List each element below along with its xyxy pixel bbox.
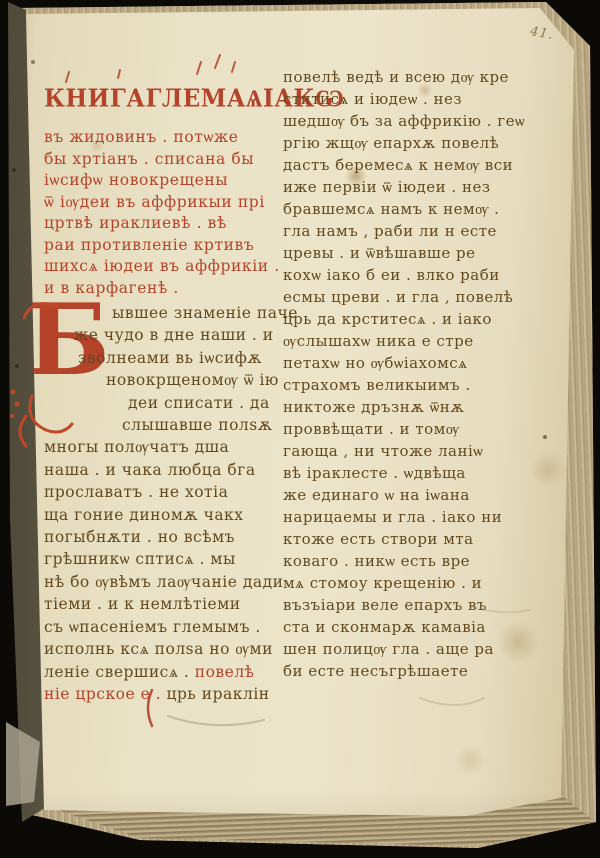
text-segment: гающа , ни чтоже ланіѡ xyxy=(283,442,483,460)
text-segment: мѧ стомоу крещенію . и xyxy=(283,574,482,592)
text-segment: новокрщеномѹ ѿ ію xyxy=(106,371,279,389)
text-segment: гла намъ , раби ли н есте xyxy=(283,222,497,240)
text-segment: ргію жщѹ епархѫ повелѣ xyxy=(283,134,499,152)
manuscript-text-line: прославатъ . не хотіа xyxy=(44,481,286,503)
text-segment: ща гоние диномѫ чакх xyxy=(44,506,244,524)
text-segment: повелѣ ведѣ и всею дѹ кре xyxy=(283,68,509,86)
manuscript-text-line: нарицаемы и гла . іако ни xyxy=(283,506,515,528)
text-segment: съ ѡпасеніемъ глемымъ . xyxy=(44,618,261,636)
text-segment: ктоже есть створи мта xyxy=(283,530,474,548)
manuscript-text-line: цревы . и ѿвѣшавше ре xyxy=(283,242,515,264)
text-segment: ститисѧ и іюдеѡ . нез xyxy=(283,90,462,108)
manuscript-text-line: иже первіи ѿ іюдеи . нез xyxy=(283,176,515,198)
manuscript-text-line: деи списати . да xyxy=(44,392,286,414)
text-segment: же единаго ѡ на іѡана xyxy=(283,486,470,504)
manuscript-text-line: погыбнѫти . но всѣмъ xyxy=(44,526,286,548)
manuscript-photo: 41. КНИГАГЛЕМАѦІАКѠ въ жидовинъ . потѡже… xyxy=(0,0,600,858)
text-segment: дастъ беремесѧ к немѹ вси xyxy=(283,156,513,174)
manuscript-text-line: коваго . никѡ есть вре xyxy=(283,550,515,572)
manuscript-text-line: ктоже есть створи мта xyxy=(283,528,515,550)
manuscript-text-line: възъіари веле епархъ въ xyxy=(283,594,515,616)
manuscript-page: 41. КНИГАГЛЕМАѦІАКѠ въ жидовинъ . потѡже… xyxy=(0,0,600,858)
manuscript-text-line: новокрщеномѹ ѿ ію xyxy=(44,369,286,391)
text-segment: црь ираклін xyxy=(167,685,270,703)
manuscript-text-line: мѧ стомоу крещенію . и xyxy=(283,572,515,594)
text-segment: нѣ бо ѹвѣмъ лаѹчаніе дади xyxy=(44,573,284,591)
rubric-line: цртвѣ ираклиевѣ . вѣ xyxy=(44,213,282,235)
text-segment: проввѣщати . и томѹ xyxy=(283,420,460,438)
rubric-line: раи противленіе кртивъ xyxy=(44,235,282,257)
manuscript-text-line: би есте несъгрѣшаете xyxy=(283,660,515,682)
manuscript-text-line: вѣ іраклесте . ѡдвѣща xyxy=(283,462,515,484)
text-segment: ѹслышахѡ ника е стре xyxy=(283,332,474,350)
text-segment: повелѣ xyxy=(195,663,255,681)
text-segment: бы хртіанъ . списана бы xyxy=(44,150,254,168)
manuscript-text-line: дастъ беремесѧ к немѹ вси xyxy=(283,154,515,176)
text-segment: зволнеами вь іѡсифѫ xyxy=(78,349,262,367)
folio-number: 41. xyxy=(529,24,555,43)
manuscript-text-line: кохѡ іако б еи . влко раби xyxy=(283,264,515,286)
manuscript-text-line: же единаго ѡ на іѡана xyxy=(283,484,515,506)
text-segment: есмы цреви . и гла , повелѣ xyxy=(283,288,513,306)
manuscript-text-line: леніе свершисѧ . повелѣ xyxy=(44,661,286,683)
right-text-column: повелѣ ведѣ и всею дѹ креститисѧ и іюдеѡ… xyxy=(283,66,515,682)
manuscript-text-line: страхомъ великыимъ . xyxy=(283,374,515,396)
manuscript-text-line: слышавше полѕѫ xyxy=(44,414,286,436)
text-segment: многы полѹчатъ дша xyxy=(44,438,229,456)
left-text-column: ывшее знаменіе пачеже чудо в дне наши . … xyxy=(44,302,286,705)
text-segment: въ жидовинъ . потѡже xyxy=(44,128,239,146)
text-segment: раи противленіе кртивъ xyxy=(44,236,254,254)
manuscript-text-line: проввѣщати . и томѹ xyxy=(283,418,515,440)
manuscript-text-line: повелѣ ведѣ и всею дѹ кре xyxy=(283,66,515,88)
chapter-title-rubric: КНИГАГЛЕМАѦІАКѠ xyxy=(44,84,284,113)
text-segment: вѣ іраклесте . ѡдвѣща xyxy=(283,464,466,482)
manuscript-text-line: ѹслышахѡ ника е стре xyxy=(283,330,515,352)
manuscript-text-line: съ ѡпасеніемъ глемымъ . xyxy=(44,616,286,638)
text-segment: ѿ іѹдеи въ аффрикыи прі xyxy=(44,193,265,211)
text-segment: шен полицѹ гла . аще ра xyxy=(283,640,494,658)
text-segment: прославатъ . не хотіа xyxy=(44,483,228,501)
manuscript-text-line: петахѡ но ѹбѡіахомсѧ xyxy=(283,352,515,374)
text-segment: іѡсифѡ новокрещены xyxy=(44,171,228,189)
manuscript-text-line: ща гоние диномѫ чакх xyxy=(44,504,286,526)
text-segment: шихсѧ іюдеи въ аффрикіи . xyxy=(44,257,280,275)
manuscript-text-line: ргію жщѹ епархѫ повелѣ xyxy=(283,132,515,154)
manuscript-text-line: никтоже дръзнѫ ѿнѫ xyxy=(283,396,515,418)
text-segment: ніе црское е . xyxy=(44,685,167,703)
text-segment: иже первіи ѿ іюдеи . нез xyxy=(283,178,491,196)
text-segment: коваго . никѡ есть вре xyxy=(283,552,470,570)
manuscript-text-line: шедшѹ бъ за аффрикію . геѡ xyxy=(283,110,515,132)
text-segment: страхомъ великыимъ . xyxy=(283,376,471,394)
manuscript-text-line: же чудо в дне наши . и xyxy=(44,324,286,346)
text-segment: никтоже дръзнѫ ѿнѫ xyxy=(283,398,465,416)
text-segment: леніе свершисѧ . xyxy=(44,663,195,681)
manuscript-text-line: наша . и чака любца бга xyxy=(44,459,286,481)
text-segment: нарицаемы и гла . іако ни xyxy=(283,508,502,526)
text-segment: грѣшникѡ сптисѧ . мы xyxy=(44,550,236,568)
manuscript-text-line: ывшее знаменіе паче xyxy=(44,302,286,324)
text-segment: възъіари веле епархъ въ xyxy=(283,596,487,614)
text-segment: би есте несъгрѣшаете xyxy=(283,662,468,680)
manuscript-text-line: ста и сконмарѫ камавіа xyxy=(283,616,515,638)
manuscript-text-line: есмы цреви . и гла , повелѣ xyxy=(283,286,515,308)
manuscript-text-line: гла намъ , раби ли н есте xyxy=(283,220,515,242)
rubric-line: бы хртіанъ . списана бы xyxy=(44,149,282,171)
text-segment: ста и сконмарѫ камавіа xyxy=(283,618,486,636)
text-segment: шедшѹ бъ за аффрикію . геѡ xyxy=(283,112,525,130)
rubric-block: въ жидовинъ . потѡжебы хртіанъ . списана… xyxy=(44,127,282,299)
manuscript-text-line: зволнеами вь іѡсифѫ xyxy=(44,347,286,369)
manuscript-text-line: гающа , ни чтоже ланіѡ xyxy=(283,440,515,462)
text-segment: бравшемсѧ намъ к немѹ . xyxy=(283,200,499,218)
rubric-line: въ жидовинъ . потѡже xyxy=(44,127,282,149)
manuscript-text-line: ніе црское е . црь ираклін xyxy=(44,683,286,705)
manuscript-text-line: бравшемсѧ намъ к немѹ . xyxy=(283,198,515,220)
rubric-line: іѡсифѡ новокрещены xyxy=(44,170,282,192)
text-segment: наша . и чака любца бга xyxy=(44,461,256,479)
rubric-line: ѿ іѹдеи въ аффрикыи прі xyxy=(44,192,282,214)
manuscript-text-line: исполнь ксѧ полѕа но ѹми xyxy=(44,638,286,660)
text-segment: исполнь ксѧ полѕа но ѹми xyxy=(44,640,273,658)
rubric-line: шихсѧ іюдеи въ аффрикіи . xyxy=(44,256,282,278)
manuscript-text-line: црь да крститесѧ . и іако xyxy=(283,308,515,330)
text-segment: црь да крститесѧ . и іако xyxy=(283,310,492,328)
manuscript-text-line: шен полицѹ гла . аще ра xyxy=(283,638,515,660)
text-segment: слышавше полѕѫ xyxy=(122,416,272,434)
manuscript-text-line: многы полѹчатъ дша xyxy=(44,436,286,458)
manuscript-text-line: нѣ бо ѹвѣмъ лаѹчаніе дади xyxy=(44,571,286,593)
text-segment: петахѡ но ѹбѡіахомсѧ xyxy=(283,354,468,372)
text-segment: погыбнѫти . но всѣмъ xyxy=(44,528,235,546)
manuscript-text-line: грѣшникѡ сптисѧ . мы xyxy=(44,548,286,570)
manuscript-text-line: тіеми . и к немлѣтіеми xyxy=(44,593,286,615)
text-segment: ывшее знаменіе паче xyxy=(112,304,298,322)
text-segment: цревы . и ѿвѣшавше ре xyxy=(283,244,475,262)
text-segment: тіеми . и к немлѣтіеми xyxy=(44,595,241,613)
text-segment: кохѡ іако б еи . влко раби xyxy=(283,266,500,284)
text-segment: деи списати . да xyxy=(128,394,270,412)
text-segment: цртвѣ ираклиевѣ . вѣ xyxy=(44,214,227,232)
manuscript-text-line: ститисѧ и іюдеѡ . нез xyxy=(283,88,515,110)
text-segment: же чудо в дне наши . и xyxy=(74,326,274,344)
